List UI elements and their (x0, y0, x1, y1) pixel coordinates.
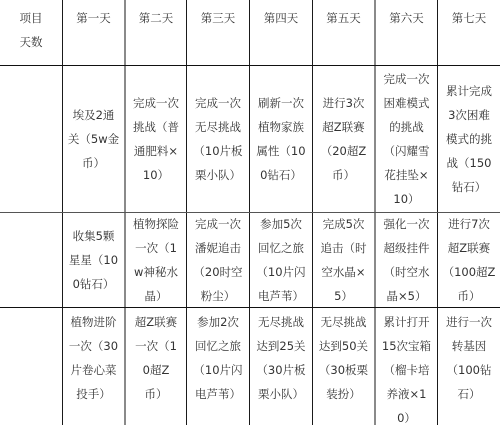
task-cell: 参加2次 回忆之旅 （10片闪 电芦苇） (187, 308, 249, 425)
header-day-1: 第一天 (63, 0, 124, 65)
task-text: 完成一次 潘妮追击 （20时空 粉尘） (193, 212, 242, 308)
task-text: 进行7次 超Z联赛 （100超Z 币） (443, 212, 496, 308)
header-day-4: 第四天 (250, 0, 312, 65)
header-day-5: 第五天 (313, 0, 374, 65)
header-corner-label: 项目 天数 (20, 6, 43, 54)
task-text: 完成一次 无尽挑战 （10片板 栗小队） (193, 91, 242, 187)
task-text: 进行3次 超Z联赛 （20超Z 币） (321, 91, 367, 187)
task-cell: 进行3次 超Z联赛 （20超Z 币） (313, 66, 374, 212)
task-text: 埃及2通 关（5w金 币） (68, 103, 119, 175)
task-cell: 完成一次 潘妮追击 （20时空 粉尘） (187, 213, 249, 307)
task-text: 累计打开 15次宝箱 （榴卡培 养液×1 0） (382, 310, 431, 425)
day-label: 第六天 (389, 6, 424, 30)
task-text: 收集5颗 星星（10 0钻石） (69, 224, 118, 296)
task-cell: 完成5次 追击（时 空水晶× 5） (313, 213, 374, 307)
task-cell: 进行7次 超Z联赛 （100超Z 币） (438, 213, 500, 307)
task-cell: 埃及2通 关（5w金 币） (63, 66, 124, 212)
header-day-6: 第六天 (376, 0, 437, 65)
day-label: 第三天 (201, 6, 236, 30)
task-text: 强化一次 超级挂件 （时空水 晶×5） (384, 212, 430, 308)
day-label: 第五天 (326, 6, 361, 30)
task-cell: 植物探险 一次（1 w神秘水 晶） (126, 213, 186, 307)
task-text: 刷新一次 植物家族 属性（10 0钻石） (256, 91, 305, 187)
task-cell: 强化一次 超级挂件 （时空水 晶×5） (376, 213, 437, 307)
daily-tasks-table: 项目 天数 第一天 第二天 第三天 第四天 第五天 第六天 第七天 埃及2通 关… (0, 0, 500, 425)
task-cell: 刷新一次 植物家族 属性（10 0钻石） (250, 66, 312, 212)
task-text: 参加5次 回忆之旅 （10片闪 电芦苇） (256, 212, 305, 308)
day-label: 第二天 (139, 6, 174, 30)
task-text: 完成一次 困难模式 的挑战 （闪耀雪 花挂坠× 10） (384, 67, 430, 211)
task-cell: 完成一次 困难模式 的挑战 （闪耀雪 花挂坠× 10） (376, 66, 437, 212)
header-day-2: 第二天 (126, 0, 186, 65)
task-cell: 累计完成 3次困难 模式的挑 战（150 钻石） (438, 66, 500, 212)
task-cell: 植物进阶 一次（30 片卷心菜 投手） (63, 308, 124, 425)
task-text: 进行一次 转基因 （100钻 石） (446, 310, 492, 406)
task-cell: 无尽挑战 达到25关 （30片板 栗小队） (250, 308, 312, 425)
task-text: 植物探险 一次（1 w神秘水 晶） (133, 212, 179, 308)
day-label: 第七天 (452, 6, 487, 30)
task-text: 参加2次 回忆之旅 （10片闪 电芦苇） (193, 310, 242, 406)
task-cell: 收集5颗 星星（10 0钻石） (63, 213, 124, 307)
day-label: 第一天 (76, 6, 111, 30)
task-text: 累计完成 3次困难 模式的挑 战（150 钻石） (446, 79, 492, 199)
task-cell: 累计打开 15次宝箱 （榴卡培 养液×1 0） (376, 308, 437, 425)
task-cell: 超Z联赛 一次（1 0超Z 币） (126, 308, 186, 425)
task-text: 超Z联赛 一次（1 0超Z 币） (135, 310, 177, 406)
task-cell: 完成一次 无尽挑战 （10片板 栗小队） (187, 66, 249, 212)
task-text: 完成一次 挑战（普 通肥料× 10） (133, 91, 179, 187)
task-text: 植物进阶 一次（30 片卷心菜 投手） (69, 310, 118, 406)
task-cell: 完成一次 挑战（普 通肥料× 10） (126, 66, 186, 212)
task-text: 无尽挑战 达到25关 （30片板 栗小队） (256, 310, 305, 406)
header-day-7: 第七天 (438, 0, 500, 65)
task-text: 无尽挑战 达到50关 （30板栗 装扮） (319, 310, 368, 406)
day-label: 第四天 (264, 6, 299, 30)
task-cell: 进行一次 转基因 （100钻 石） (438, 308, 500, 425)
header-day-3: 第三天 (187, 0, 249, 65)
task-cell: 无尽挑战 达到50关 （30板栗 装扮） (313, 308, 374, 425)
task-text: 完成5次 追击（时 空水晶× 5） (321, 212, 367, 308)
header-corner-cell: 项目 天数 (0, 0, 62, 65)
task-cell: 参加5次 回忆之旅 （10片闪 电芦苇） (250, 213, 312, 307)
